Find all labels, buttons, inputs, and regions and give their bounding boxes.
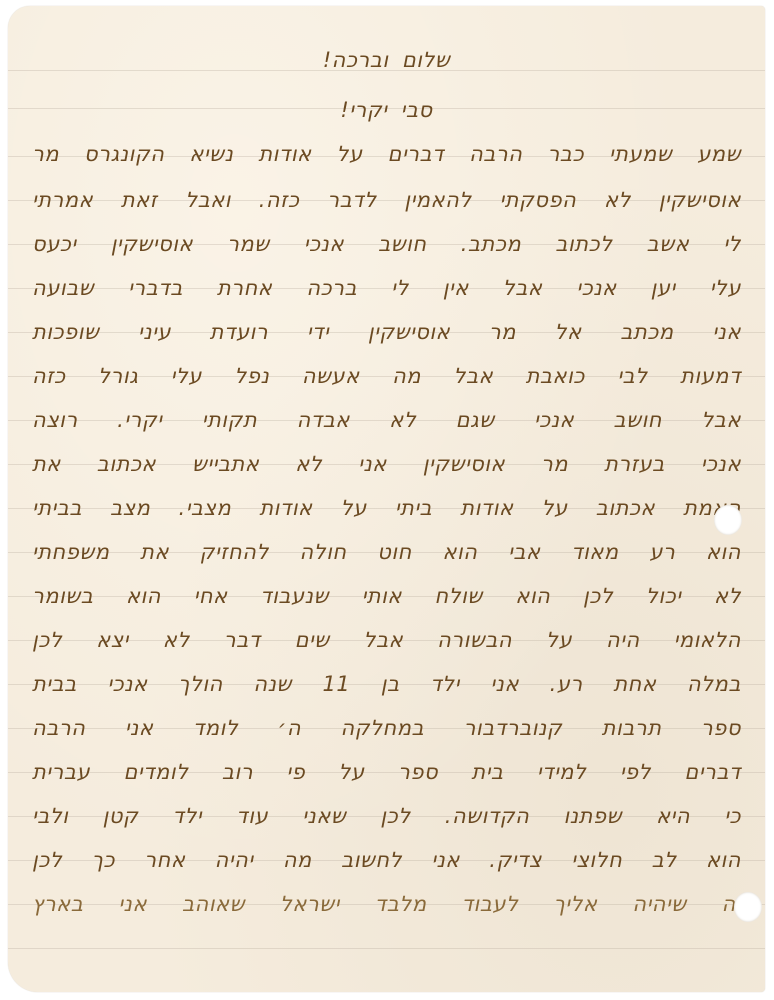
letter-line: עלי יען אנכי אבל אין לי ברכה אחרת בדברי …: [32, 274, 741, 302]
letter-page: שלום וברכה! סבי יקרי! שמע שמעתי כבר הרבה…: [8, 6, 765, 992]
letter-line: אני מכתב אל מר אוסישקין ידי רועדת עיני ש…: [32, 318, 741, 346]
letter-line: אוסישקין לא הפסקתי להאמין לדבר כזה. ואבל…: [32, 186, 741, 214]
letter-line: הוא רע מאוד אבי הוא חוט חולה להחזיק את מ…: [32, 538, 741, 566]
letter-line: לא יכול לכן הוא שולח אותי שנעבוד אחי הוא…: [32, 582, 741, 610]
letter-salutation: סבי יקרי!: [208, 96, 565, 124]
binder-hole: [734, 892, 762, 922]
letter-line: יה שיהיה אליך לעבוד מלבד ישראל שאוהב אני…: [32, 890, 741, 918]
letter-line: ספר תרבות קנוברדבור במחלקה ה׳ לומד אני ה…: [32, 714, 741, 742]
letter-line: האמת אכתוב על אודות ביתי על אודות מצבי. …: [32, 494, 741, 522]
letter-greeting: שלום וברכה!: [208, 46, 565, 74]
letter-line: הוא לב חלוצי צדיק. אני לחשוב מה יהיה אחר…: [32, 846, 741, 874]
letter-line: במלה אחת רע. אני ילד בן 11 שנה הולך אנכי…: [32, 670, 741, 698]
letter-line: כי היא שפתנו הקדושה. לכן שאני עוד ילד קט…: [32, 802, 741, 830]
letter-line: דברים לפי למידי בית ספר על פי רוב לומדים…: [32, 758, 741, 786]
letter-line: הלאומי היה על הבשורה אבל שים דבר לא יצא …: [32, 626, 741, 654]
letter-line: שמע שמעתי כבר הרבה דברים על אודות נשיא ה…: [32, 140, 741, 168]
letter-line: לי אשב לכתוב מכתב. חושב אנכי שמר אוסישקי…: [32, 230, 741, 258]
letter-line: אבל חושב אנכי שגם לא אבדה תקותי יקרי. רו…: [32, 406, 741, 434]
ruled-line: [8, 948, 765, 949]
letter-line: דמעות לבי כואבת אבל מה אעשה נפל עלי גורל…: [32, 362, 741, 390]
letter-line: אנכי בעזרת מר אוסישקין אני לא אתבייש אכת…: [32, 450, 741, 478]
binder-hole: [714, 505, 742, 535]
